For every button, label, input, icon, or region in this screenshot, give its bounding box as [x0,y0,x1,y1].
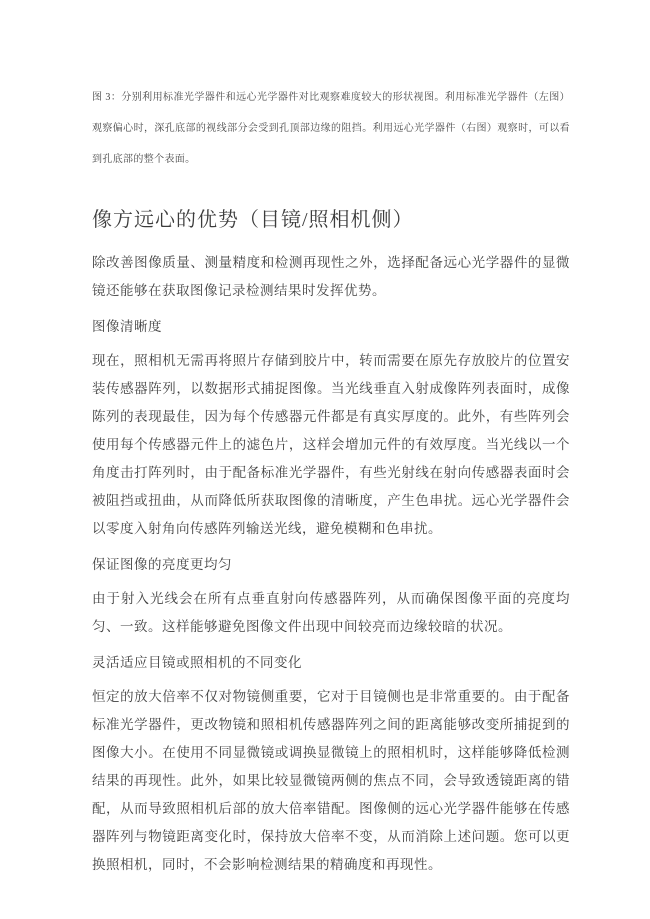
subsection-title-eyepiece-camera-flexibility: 灵活适应目镜或照相机的不同变化 [92,649,570,677]
section-heading: 像方远心的优势（目镜/照相机侧） [92,205,570,236]
document-content: 图 3：分别利用标准光学器件和远心光学器件对比观察难度较大的形状视图。利用标准光… [92,82,570,879]
subsection-body-eyepiece-camera-flexibility: 恒定的放大倍率不仅对物镜侧重要，它对于目镜侧也是非常重要的。由于配备标准光学器件… [92,683,570,879]
subsection-body-uniform-brightness: 由于射入光线会在所有点垂直射向传感器阵列，从而确保图像平面的亮度均匀、一致。这样… [92,585,570,641]
subsection-body-image-sharpness: 现在，照相机无需再将照片存储到胶片中，转而需要在原先存放胶片的位置安装传感器阵列… [92,347,570,543]
subsection-title-image-sharpness: 图像清晰度 [92,313,570,341]
subsection-title-uniform-brightness: 保证图像的亮度更均匀 [92,551,570,579]
document-page: 图 3：分别利用标准光学器件和远心光学器件对比观察难度较大的形状视图。利用标准光… [0,0,650,919]
section-intro-paragraph: 除改善图像质量、测量精度和检测再现性之外，选择配备远心光学器件的显微镜还能够在获… [92,249,570,305]
figure-caption: 图 3：分别利用标准光学器件和远心光学器件对比观察难度较大的形状视图。利用标准光… [92,82,570,175]
